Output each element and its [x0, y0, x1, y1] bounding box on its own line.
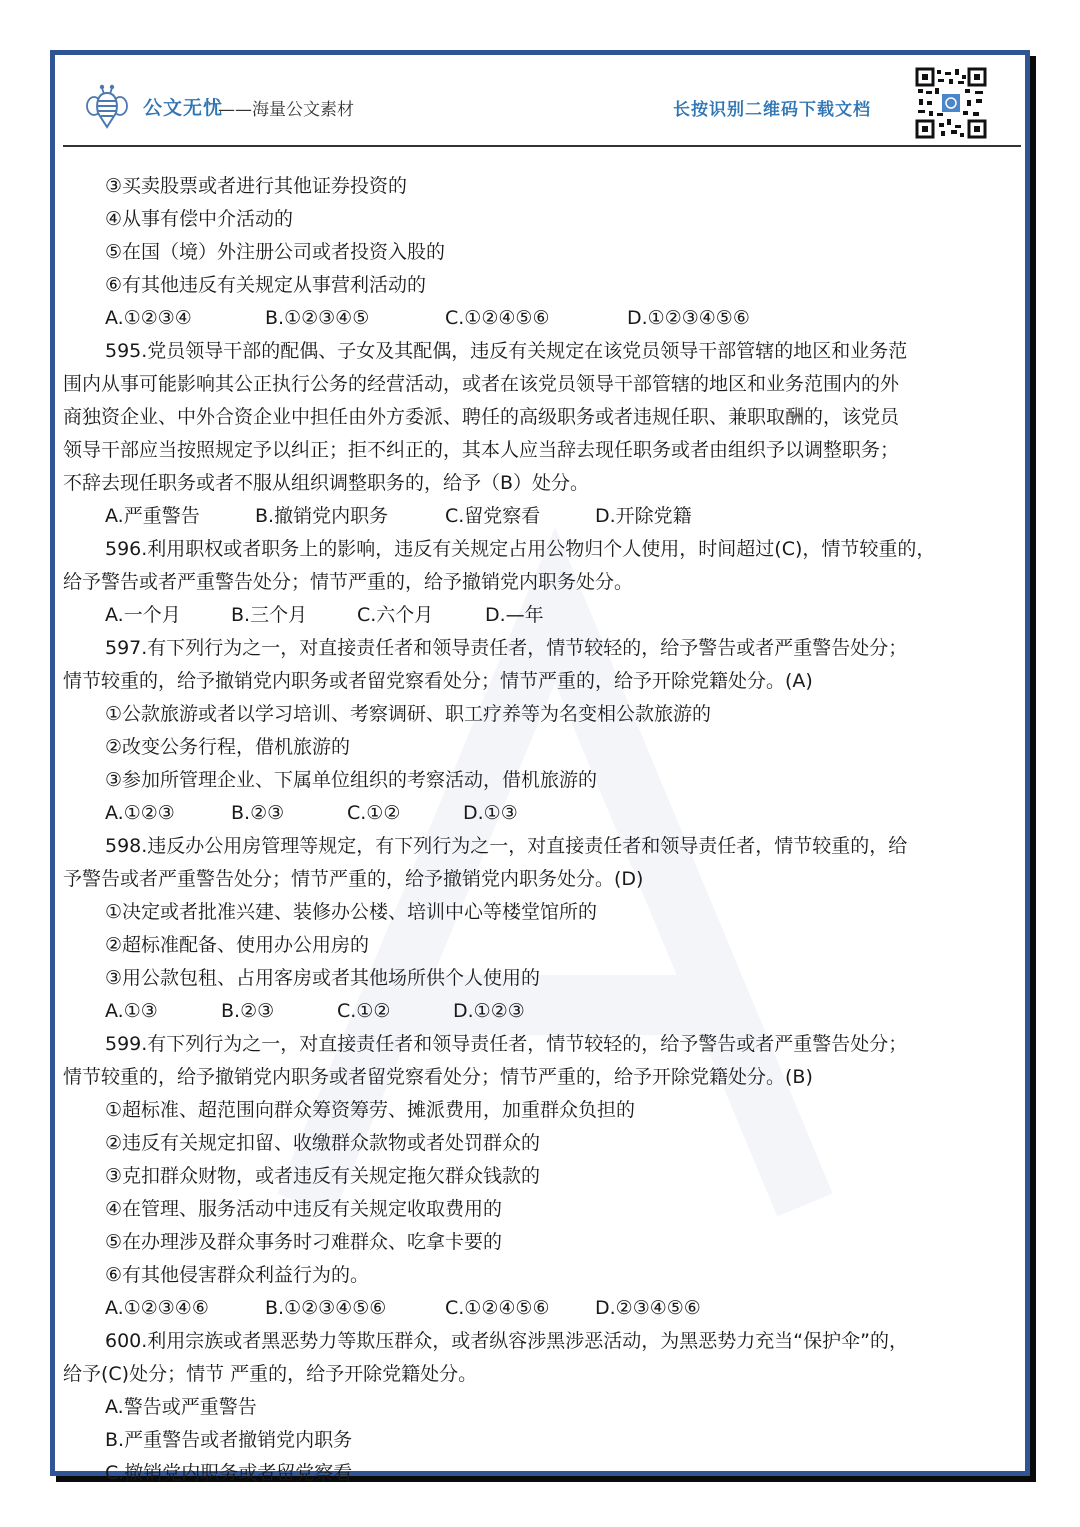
option-c: C.①②: [337, 995, 453, 1028]
list-item: ①超标准、超范围向群众筹资筹劳、摊派费用，加重群众负担的: [63, 1094, 1021, 1127]
answer-options: A.①③ B.②③ C.①② D.①②③: [63, 995, 1021, 1028]
list-item: ③用公款包租、占用客房或者其他场所供个人使用的: [63, 962, 1021, 995]
option-d: D.—年: [485, 599, 544, 632]
document-page: 公文无忧 ——海量公文素材 长按识别二维码下载文档: [50, 50, 1030, 1476]
list-item: ①决定或者批准兴建、装修办公楼、培训中心等楼堂馆所的: [63, 896, 1021, 929]
list-item: ③买卖股票或者进行其他证券投资的: [63, 170, 1021, 203]
question-595-line: 领导干部应当按照规定予以纠正；拒不纠正的，其本人应当辞去现任职务或者由组织予以调…: [63, 434, 1021, 467]
list-item: ④从事有偿中介活动的: [63, 203, 1021, 236]
option-c: C.①②④⑤⑥: [445, 302, 627, 335]
list-item: ②违反有关规定扣留、收缴群众款物或者处罚群众的: [63, 1127, 1021, 1160]
option-d: D.①③: [463, 797, 518, 830]
qr-code-icon[interactable]: [915, 67, 987, 139]
scan-qr-hint: 长按识别二维码下载文档: [673, 95, 871, 120]
list-item: ②超标准配备、使用办公用房的: [63, 929, 1021, 962]
list-item: ⑤在国（境）外注册公司或者投资入股的: [63, 236, 1021, 269]
list-item: ⑤在办理涉及群众事务时刁难群众、吃拿卡要的: [63, 1226, 1021, 1259]
answer-options: A.①②③④ B.①②③④⑤ C.①②④⑤⑥ D.①②③④⑤⑥: [63, 302, 1021, 335]
option-a: A.一个月: [105, 599, 231, 632]
option-b: B.三个月: [231, 599, 357, 632]
question-596-line: 给予警告或者严重警告处分；情节严重的，给予撤销党内职务处分。: [63, 566, 1021, 599]
question-600-line: 600.利用宗族或者黑恶势力等欺压群众，或者纵容涉黑涉恶活动，为黑恶势力充当“保…: [63, 1325, 1021, 1358]
list-item: ⑥有其他侵害群众利益行为的。: [63, 1259, 1021, 1292]
option-b: B.②③: [231, 797, 347, 830]
list-item: ②改变公务行程，借机旅游的: [63, 731, 1021, 764]
option-a: A.①②③④: [105, 302, 265, 335]
answer-options: A.一个月 B.三个月 C.六个月 D.—年: [63, 599, 1021, 632]
option-d: D.开除党籍: [595, 500, 692, 533]
option-d: D.①②③: [453, 995, 525, 1028]
option-c: C.撤销党内职务或者留党察看: [63, 1457, 1021, 1490]
answer-options: A.严重警告 B.撤销党内职务 C.留党察看 D.开除党籍: [63, 500, 1021, 533]
option-b: B.①②③④⑤⑥: [265, 1292, 445, 1325]
option-c: C.六个月: [357, 599, 485, 632]
header-divider: [63, 145, 1021, 147]
option-b: B.①②③④⑤: [265, 302, 445, 335]
option-c: C.①②④⑤⑥: [445, 1292, 595, 1325]
list-item: ④在管理、服务活动中违反有关规定收取费用的: [63, 1193, 1021, 1226]
option-a: A.①③: [105, 995, 221, 1028]
option-c: C.①②: [347, 797, 463, 830]
option-a: A.①②③④⑥: [105, 1292, 265, 1325]
bee-icon: [85, 83, 129, 129]
question-596-line: 596.利用职权或者职务上的影响，违反有关规定占用公物归个人使用，时间超过(C)…: [63, 533, 1021, 566]
option-a: A.警告或严重警告: [63, 1391, 1021, 1424]
document-body: ③买卖股票或者进行其他证券投资的 ④从事有偿中介活动的 ⑤在国（境）外注册公司或…: [63, 170, 1021, 1490]
list-item: ①公款旅游或者以学习培训、考察调研、职工疗养等为名变相公款旅游的: [63, 698, 1021, 731]
option-d: D.①②③④⑤⑥: [627, 302, 750, 335]
answer-options: A.①②③④⑥ B.①②③④⑤⑥ C.①②④⑤⑥ D.②③④⑤⑥: [63, 1292, 1021, 1325]
option-b: B.撤销党内职务: [255, 500, 445, 533]
brand-name: 公文无忧: [143, 93, 223, 120]
option-b: B.②③: [221, 995, 337, 1028]
question-600-line: 给予(C)处分；情节 严重的，给予开除党籍处分。: [63, 1358, 1021, 1391]
list-item: ⑥有其他违反有关规定从事营利活动的: [63, 269, 1021, 302]
question-599-line: 情节较重的，给予撤销党内职务或者留党察看处分；情节严重的，给予开除党籍处分。(B…: [63, 1061, 1021, 1094]
question-595-line: 不辞去现任职务或者不服从组织调整职务的，给予（B）处分。: [63, 467, 1021, 500]
answer-options: A.①②③ B.②③ C.①② D.①③: [63, 797, 1021, 830]
list-item: ③参加所管理企业、下属单位组织的考察活动，借机旅游的: [63, 764, 1021, 797]
brand-tagline: ——海量公文素材: [218, 95, 354, 120]
page-header: 公文无忧 ——海量公文素材 长按识别二维码下载文档: [55, 55, 1025, 143]
option-c: C.留党察看: [445, 500, 595, 533]
list-item: ③克扣群众财物，或者违反有关规定拖欠群众钱款的: [63, 1160, 1021, 1193]
option-a: A.①②③: [105, 797, 231, 830]
question-598-line: 予警告或者严重警告处分；情节严重的，给予撤销党内职务处分。(D): [63, 863, 1021, 896]
question-597-line: 情节较重的，给予撤销党内职务或者留党察看处分；情节严重的，给予开除党籍处分。(A…: [63, 665, 1021, 698]
question-599-line: 599.有下列行为之一，对直接责任者和领导责任者，情节较轻的，给予警告或者严重警…: [63, 1028, 1021, 1061]
question-598-line: 598.违反办公用房管理等规定，有下列行为之一，对直接责任者和领导责任者，情节较…: [63, 830, 1021, 863]
question-595-line: 商独资企业、中外合资企业中担任由外方委派、聘任的高级职务或者违规任职、兼职取酬的…: [63, 401, 1021, 434]
question-595-line: 595.党员领导干部的配偶、子女及其配偶，违反有关规定在该党员领导干部管辖的地区…: [63, 335, 1021, 368]
option-d: D.②③④⑤⑥: [595, 1292, 701, 1325]
question-595-line: 围内从事可能影响其公正执行公务的经营活动，或者在该党员领导干部管辖的地区和业务范…: [63, 368, 1021, 401]
option-b: B.严重警告或者撤销党内职务: [63, 1424, 1021, 1457]
question-597-line: 597.有下列行为之一，对直接责任者和领导责任者，情节较轻的，给予警告或者严重警…: [63, 632, 1021, 665]
option-a: A.严重警告: [105, 500, 255, 533]
